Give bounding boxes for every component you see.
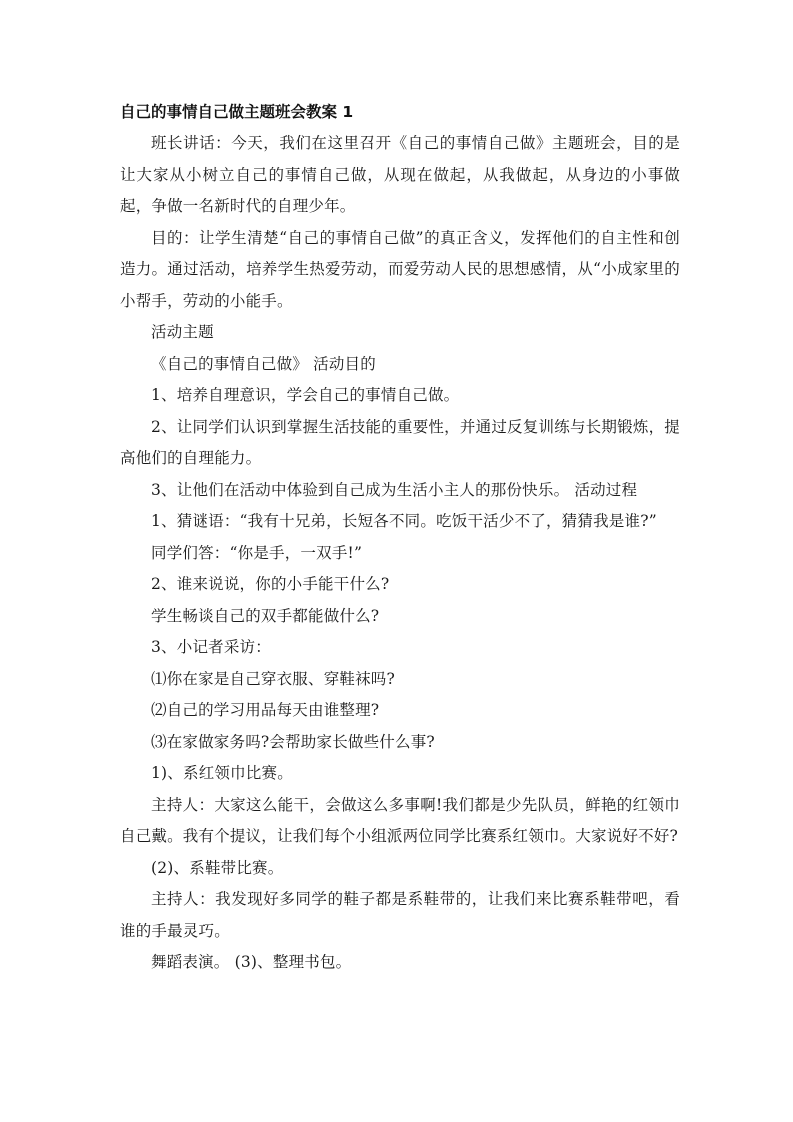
paragraph-students-discuss: 学生畅谈自己的双手都能做什么? <box>120 601 680 633</box>
paragraph-purpose: 目的：让学生清楚“自己的事情自己做”的真正含义，发挥他们的自主性和创造力。通过活… <box>120 223 680 318</box>
paragraph-shoelace-contest: (2)、系鞋带比赛。 <box>120 853 680 885</box>
paragraph-question-2: ⑵自己的学习用品每天由谁整理? <box>120 695 680 727</box>
paragraph-question-1: ⑴你在家是自己穿衣服、穿鞋袜吗? <box>120 664 680 696</box>
paragraph-reporter-interview: 3、小记者采访： <box>120 632 680 664</box>
paragraph-scarf-contest: 1)、系红领巾比赛。 <box>120 758 680 790</box>
paragraph-goal-2: 2、让同学们认识到掌握生活技能的重要性，并通过反复训练与长期锻炼，提高他们的自理… <box>120 412 680 475</box>
paragraph-what-can-hands-do: 2、谁来说说，你的小手能干什么? <box>120 569 680 601</box>
paragraph-goal-1: 1、培养自理意识，学会自己的事情自己做。 <box>120 380 680 412</box>
document-page: 自己的事情自己做主题班会教案 1 班长讲话：今天，我们在这里召开《自己的事情自己… <box>120 97 680 979</box>
paragraph-riddle: 1、猜谜语：“我有十兄弟，长短各不同。吃饭干活少不了，猜猜我是谁?” <box>120 506 680 538</box>
paragraph-students-answer: 同学们答：“你是手，一双手!” <box>120 538 680 570</box>
paragraph-activity-theme: 《自己的事情自己做》 活动目的 <box>120 349 680 381</box>
paragraph-question-3: ⑶在家做家务吗?会帮助家长做些什么事? <box>120 727 680 759</box>
paragraph-goal-3: 3、让他们在活动中体验到自己成为生活小主人的那份快乐。 活动过程 <box>120 475 680 507</box>
document-title: 自己的事情自己做主题班会教案 1 <box>120 97 680 128</box>
paragraph-host-scarf: 主持人：大家这么能干，会做这么多事啊!我们都是少先队员，鲜艳的红领巾自己戴。我有… <box>120 790 680 853</box>
paragraph-monitor-speech: 班长讲话：今天，我们在这里召开《自己的事情自己做》主题班会，目的是让大家从小树立… <box>120 128 680 223</box>
paragraph-dance-and-bag: 舞蹈表演。 (3)、整理书包。 <box>120 947 680 979</box>
paragraph-activity-theme-label: 活动主题 <box>120 317 680 349</box>
paragraph-host-shoelace: 主持人：我发现好多同学的鞋子都是系鞋带的，让我们来比赛系鞋带吧，看谁的手最灵巧。 <box>120 884 680 947</box>
